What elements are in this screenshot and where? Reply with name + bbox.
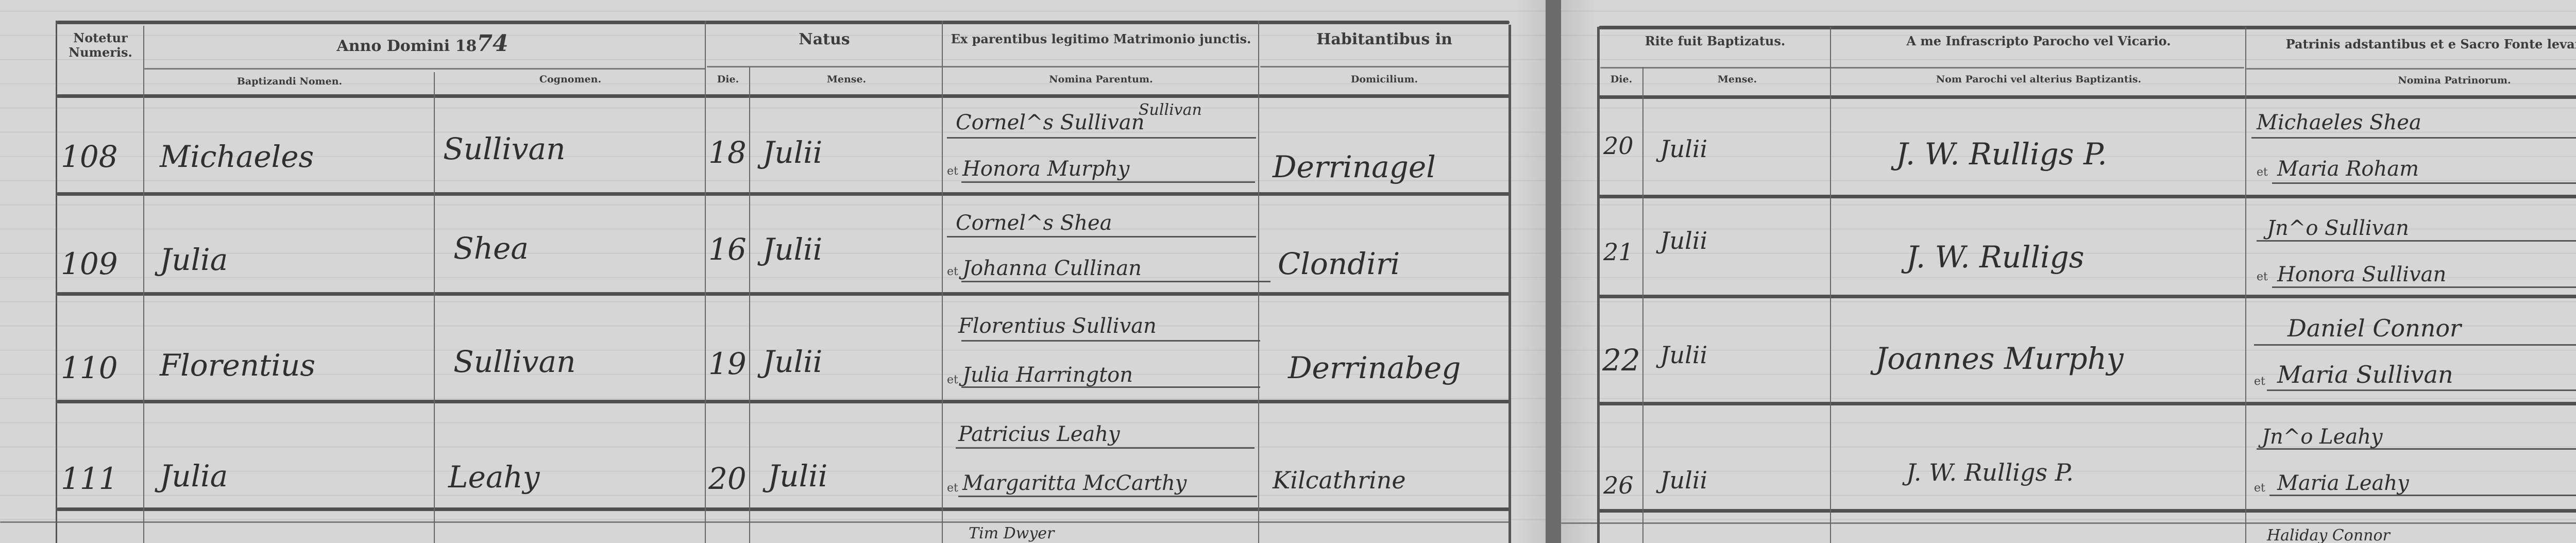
entry-birth-day: 16: [708, 232, 747, 267]
entry-given-name: Julia: [160, 459, 228, 494]
header-cognomen: Cognomen.: [436, 74, 705, 86]
right-header-bottom-rule: [1599, 95, 2576, 99]
header-nomina-parentum: Nomina Parentum.: [944, 74, 1258, 86]
entry-domicile: Kilcathrine: [1273, 466, 1406, 494]
right-row-111-rule: [1599, 509, 2576, 513]
sponsor-2-underline: [2269, 495, 2576, 496]
entry-mother: Johanna Cullinan: [962, 257, 1142, 280]
sponsor-1-underline: [2251, 137, 2576, 139]
et-label: et: [2254, 482, 2265, 495]
et-label: et: [947, 165, 958, 178]
col-divider-natus-die: [749, 67, 750, 543]
header-bapt-die: Die.: [1600, 74, 1642, 86]
right-subheader-rule-a: [1600, 67, 2244, 69]
anno-year-handwritten: 74: [477, 30, 508, 57]
entry-birth-month: Julii: [762, 344, 822, 379]
sponsor-2-underline: [2272, 286, 2576, 288]
father-underline: [947, 137, 1256, 139]
et-label: et: [947, 265, 958, 278]
entry-father: Florentius Sullivan: [958, 314, 1157, 338]
header-anno-domini: Anno Domini 1874: [268, 31, 577, 57]
entry-birth-day: 18: [708, 135, 747, 170]
anno-prefix: Anno Domini 18: [336, 37, 477, 55]
header-parocho-sub: Nom Parochi vel alterius Baptizantis.: [1832, 74, 2245, 86]
right-page-left-border: [1597, 27, 1600, 543]
entry-priest: Joannes Murphy: [1875, 341, 2124, 376]
mother-underline: [961, 386, 1260, 388]
entry-baptism-month: Julii: [1660, 227, 1707, 254]
et-label: et: [2254, 375, 2265, 388]
right-row-110-rule: [1599, 402, 2576, 405]
entry-priest: J. W. Rulligs: [1906, 240, 2084, 275]
right-header-top-rule: [1599, 26, 2576, 29]
entry-birth-month: Julii: [762, 135, 822, 170]
entry-surname: Shea: [453, 231, 529, 266]
header-natus-die: Die.: [707, 74, 749, 86]
entry-given-name: Michaeles: [160, 139, 314, 174]
col-divider-bapt-mense: [1830, 27, 1831, 543]
entry-domicile: Clondiri: [1278, 246, 1400, 281]
entry-birth-month: Julii: [768, 459, 827, 494]
entry-baptism-day: 21: [1603, 238, 1634, 266]
entry-domicile: Derrinabeg: [1288, 350, 1461, 385]
entry-mother: Julia Harrington: [962, 363, 1133, 387]
left-border: [56, 21, 57, 543]
anno-subheader-rule: [144, 68, 706, 70]
header-number: Notetur Numeris.: [58, 31, 143, 59]
entry-surname: Sullivan: [453, 344, 575, 379]
header-parocho-group: A me Infrascripto Parocho vel Vicario.: [1832, 34, 2245, 48]
entry-sponsor-1: Jn^o Sullivan: [2267, 216, 2409, 240]
entry-baptism-month: Julii: [1660, 466, 1707, 494]
entry-birth-day: 19: [708, 346, 747, 381]
et-label: et: [2257, 166, 2268, 179]
sponsor-1-underline: [2257, 240, 2576, 242]
entry-baptism-month: Julii: [1660, 135, 1707, 163]
header-natus: Natus: [707, 31, 942, 49]
header-domicilium: Domicilium.: [1260, 74, 1509, 86]
natus-subheader-rule: [707, 66, 1258, 67]
entry-mother: Honora Murphy: [962, 157, 1129, 181]
entry-sponsor-1: Michaeles Shea: [2257, 111, 2421, 134]
entry-number: 110: [61, 350, 118, 385]
entry-sponsor-2: Maria Sullivan: [2277, 361, 2453, 388]
entry-number: 108: [61, 139, 118, 174]
entry-surname: Leahy: [448, 460, 540, 495]
header-bapt-mense: Mense.: [1645, 74, 1830, 86]
entry-priest: J. W. Rulligs P.: [1906, 459, 2074, 486]
col-divider-nomen: [434, 72, 435, 543]
right-row-108-rule: [1599, 195, 2576, 198]
col-divider-bapt-die: [1642, 67, 1643, 543]
entry-given-name: Florentius: [160, 348, 315, 383]
next-row-rule: [0, 521, 1510, 523]
entry-father: Patricius Leahy: [958, 422, 1120, 446]
entry-sponsor-1: Jn^o Leahy: [2262, 425, 2383, 449]
entry-priest: J. W. Rulligs P.: [1896, 137, 2107, 172]
entry-father: Cornel^s Sullivan: [956, 111, 1145, 134]
col-divider-parocho: [2245, 27, 2246, 543]
header-nomina-patrinorum: Nomina Patrinorum.: [2247, 75, 2576, 87]
entry-baptism-day: 22: [1602, 343, 1640, 378]
row-108-rule: [57, 192, 1510, 196]
header-habitantibus: Habitantibus in: [1260, 31, 1509, 49]
entry-baptism-day: 20: [1603, 132, 1634, 160]
mother-underline: [961, 181, 1255, 183]
domicile-subheader-rule: [1260, 66, 1510, 67]
row-109-rule: [57, 292, 1510, 296]
sponsor-2-underline: [2272, 182, 2576, 184]
sponsor-1-underline: [2254, 344, 2576, 346]
col-divider-cognomen: [705, 21, 706, 543]
entry-sponsor-2: Maria Roham: [2277, 157, 2419, 181]
right-next-row-rule: [1561, 522, 2576, 524]
entry-number: 109: [61, 246, 118, 281]
header-rite-fuit: Rite fuit Baptizatus.: [1600, 34, 1830, 48]
right-row-109-rule: [1599, 295, 2576, 298]
header-bottom-rule: [57, 94, 1510, 98]
partial-father-fragment: Tim Dwyer: [969, 524, 1054, 542]
entry-sponsor-1: Daniel Connor: [2287, 314, 2461, 342]
entry-given-name: Julia: [160, 242, 228, 277]
mother-underline: [961, 281, 1270, 282]
row-111-rule: [57, 507, 1510, 511]
col-divider-number: [143, 26, 144, 543]
sponsor-2-underline: [2267, 389, 2576, 391]
entry-birth-day: 20: [708, 461, 747, 496]
father-underline: [947, 236, 1256, 237]
sponsor-1-underline: [2257, 448, 2576, 450]
header-patrini-group: Patrinis adstantibus et e Sacro Fonte le…: [2247, 37, 2576, 52]
father-underline: [961, 340, 1260, 342]
row-110-rule: [57, 400, 1510, 403]
book-gutter: [1546, 0, 1561, 543]
entry-sponsor-2: Maria Leahy: [2277, 471, 2409, 495]
header-parents-group: Ex parentibus legitimo Matrimonio juncti…: [944, 32, 1258, 46]
col-divider-natus-mense: [942, 21, 943, 543]
entry-surname: Sullivan: [443, 131, 565, 166]
partial-sponsor-fragment: Haliday Connor: [2267, 527, 2390, 543]
right-subheader-rule-b: [2246, 68, 2576, 70]
et-label: et: [947, 482, 958, 495]
et-label: et: [947, 374, 958, 386]
entry-mother: Margaritta McCarthy: [962, 471, 1187, 495]
entry-number: 111: [61, 461, 118, 496]
entry-father: Cornel^s Shea: [956, 211, 1112, 235]
et-label: et: [2257, 270, 2268, 283]
header-natus-mense: Mense.: [751, 74, 942, 86]
entry-father-note: Sullivan: [1139, 101, 1202, 119]
entry-birth-month: Julii: [762, 232, 822, 267]
entry-domicile: Derrinagel: [1273, 149, 1436, 184]
header-top-rule: [57, 21, 1510, 24]
header-baptizandi-nomen: Baptizandi Nomen.: [145, 76, 434, 88]
mother-underline: [958, 496, 1257, 497]
left-page-right-border: [1509, 25, 1511, 543]
entry-baptism-month: Julii: [1660, 341, 1707, 369]
entry-sponsor-2: Honora Sullivan: [2277, 263, 2446, 286]
father-underline: [956, 447, 1255, 449]
entry-baptism-day: 26: [1603, 471, 1634, 499]
